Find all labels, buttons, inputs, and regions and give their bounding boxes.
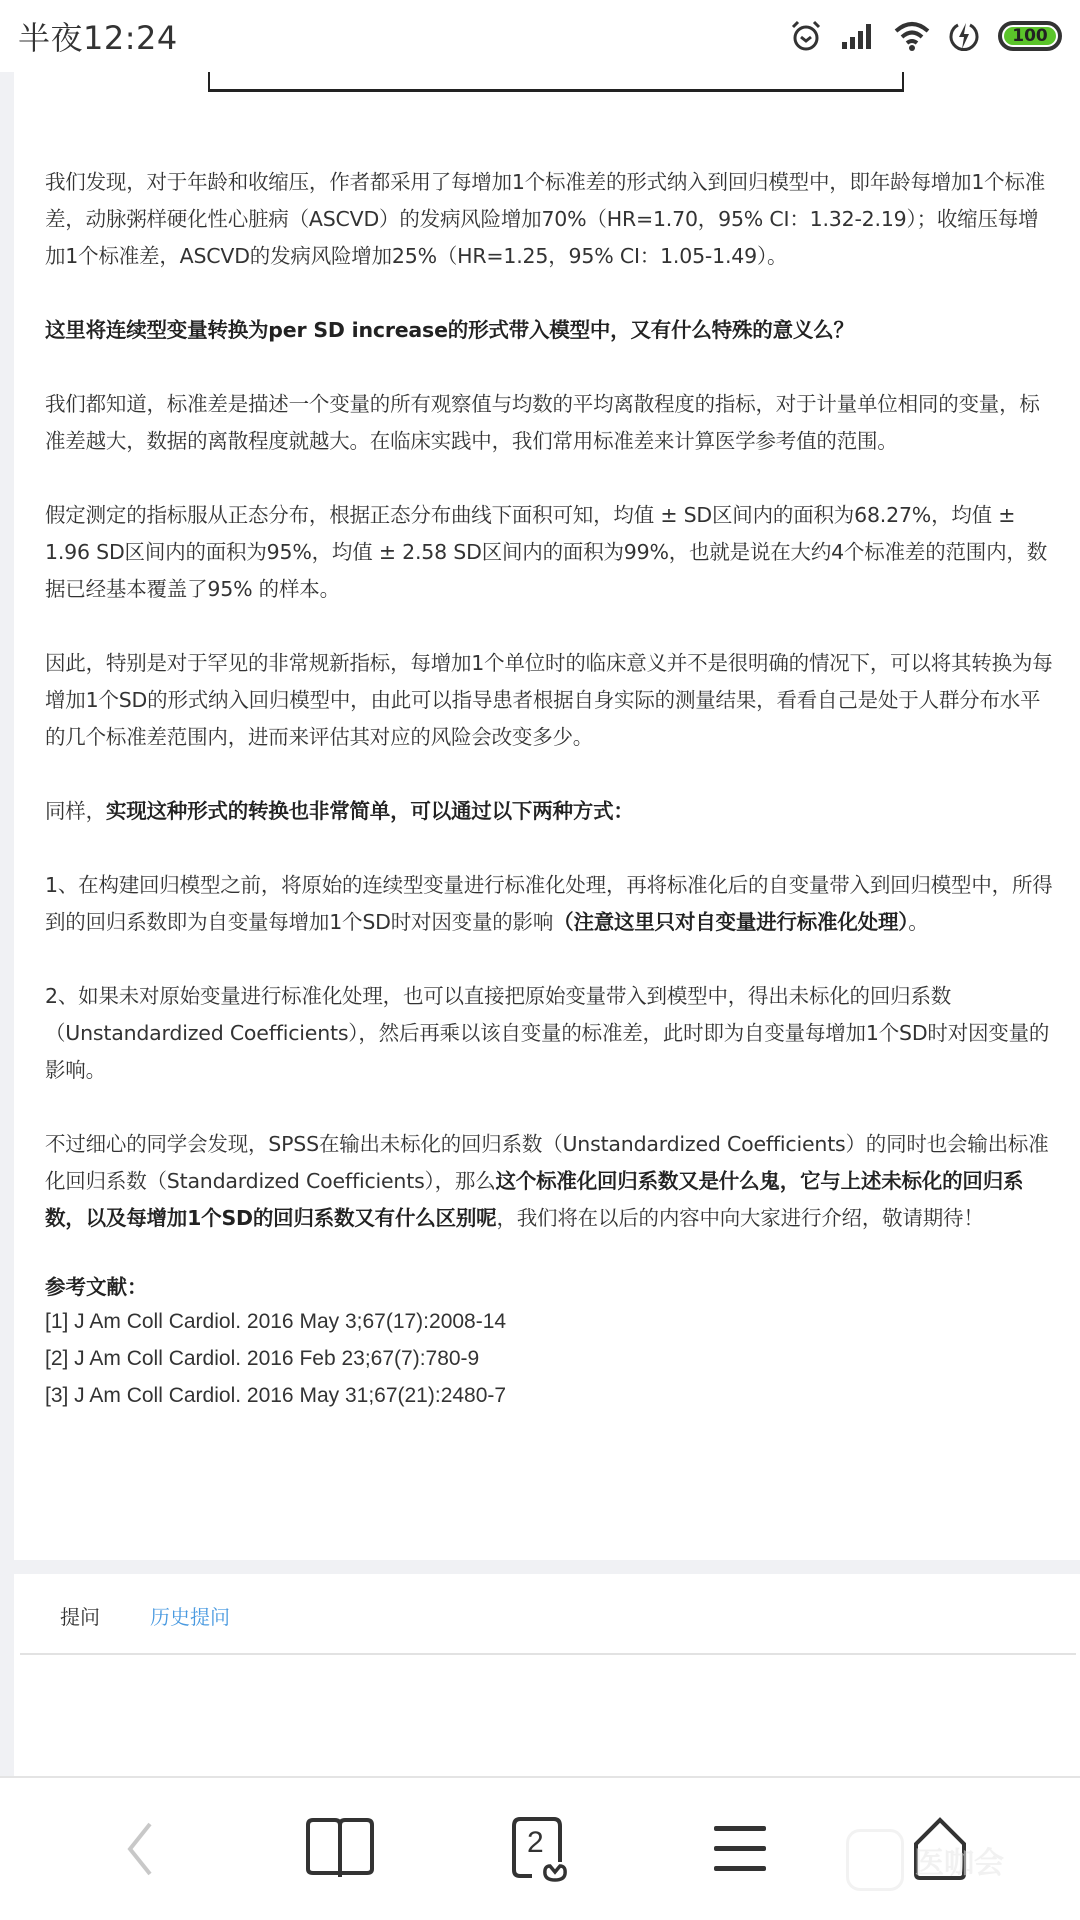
closing-suffix: ，我们将在以后的内容中向大家进行介绍，敬请期待！ xyxy=(496,1206,983,1230)
tab-count: 2 xyxy=(527,1826,544,1860)
signal-icon xyxy=(840,22,876,50)
tabs-button[interactable]: 2 xyxy=(495,1804,585,1894)
tab-ask-question[interactable]: 提问 xyxy=(60,1601,100,1630)
battery-indicator: 100 xyxy=(998,21,1062,51)
paragraph-findings: 我们发现，对于年龄和收缩压，作者都采用了每增加1个标准差的形式纳入到回归模型中，… xyxy=(45,164,1055,275)
methods-intro-prefix: 同样， xyxy=(45,799,106,823)
qa-tabs: 提问 历史提问 xyxy=(14,1574,1080,1656)
paragraph-normal-distribution: 假定测定的指标服从正态分布，根据正态分布曲线下面积可知，均值 ± SD区间内的面… xyxy=(45,497,1055,608)
wifi-icon xyxy=(894,21,930,51)
paragraph-rationale: 因此，特别是对于罕见的非常规新指标，每增加1个单位时的临床意义并不是很明确的情况… xyxy=(45,645,1055,756)
paragraph-question: 这里将连续型变量转换为per SD increase的形式带入模型中，又有什么特… xyxy=(45,312,1055,349)
alarm-icon xyxy=(790,19,822,53)
back-icon xyxy=(120,1819,160,1879)
methods-intro-bold: 实现这种形式的转换也非常简单，可以通过以下两种方式： xyxy=(106,799,634,823)
paragraph-sd-definition: 我们都知道，标准差是描述一个变量的所有观察值与均数的平均离散程度的指标，对于计量… xyxy=(45,386,1055,460)
status-bar: 半夜12:24 100 xyxy=(0,0,1080,72)
bookmarks-icon xyxy=(305,1817,375,1881)
bookmarks-button[interactable] xyxy=(295,1804,385,1894)
status-icons: 100 xyxy=(790,19,1062,53)
reference-item: [3] J Am Coll Cardiol. 2016 May 31;67(21… xyxy=(45,1377,1055,1414)
paragraph-method-2: 2、如果未对原始变量进行标准化处理，也可以直接把原始变量带入到模型中，得出未标化… xyxy=(45,978,1055,1089)
menu-button[interactable] xyxy=(695,1804,785,1894)
method-1-note: （注意这里只对自变量进行标准化处理） xyxy=(553,910,908,934)
battery-level: 100 xyxy=(1004,27,1056,45)
qa-card: 提问 历史提问 xyxy=(14,1574,1080,1776)
home-icon xyxy=(910,1816,970,1882)
paragraph-methods-intro: 同样，实现这种形式的转换也非常简单，可以通过以下两种方式： xyxy=(45,793,1055,830)
paragraph-method-1: 1、在构建回归模型之前，将原始的连续型变量进行标准化处理，再将标准化后的自变量带… xyxy=(45,867,1055,941)
article-card: 我们发现，对于年龄和收缩压，作者都采用了每增加1个标准差的形式纳入到回归模型中，… xyxy=(14,72,1080,1560)
figure-bracket-line xyxy=(208,72,904,92)
browser-bottom-nav: 2 xyxy=(0,1776,1080,1920)
method-1-end: 。 xyxy=(908,910,928,934)
charging-icon xyxy=(948,20,980,52)
menu-icon xyxy=(712,1823,768,1875)
status-time: 半夜12:24 xyxy=(18,13,178,59)
tab-question-history[interactable]: 历史提问 xyxy=(150,1601,230,1630)
home-button[interactable] xyxy=(895,1804,985,1894)
references-section: 参考文献： [1] J Am Coll Cardiol. 2016 May 3;… xyxy=(45,1272,1055,1414)
article-body: 我们发现，对于年龄和收缩压，作者都采用了每增加1个标准差的形式纳入到回归模型中，… xyxy=(45,164,1055,1414)
qa-divider xyxy=(20,1653,1076,1655)
references-title: 参考文献： xyxy=(45,1272,1055,1303)
back-button[interactable] xyxy=(95,1804,185,1894)
reference-item: [2] J Am Coll Cardiol. 2016 Feb 23;67(7)… xyxy=(45,1340,1055,1377)
paragraph-closing: 不过细心的同学会发现，SPSS在输出未标化的回归系数（Unstandardize… xyxy=(45,1126,1055,1237)
reference-item: [1] J Am Coll Cardiol. 2016 May 3;67(17)… xyxy=(45,1303,1055,1340)
